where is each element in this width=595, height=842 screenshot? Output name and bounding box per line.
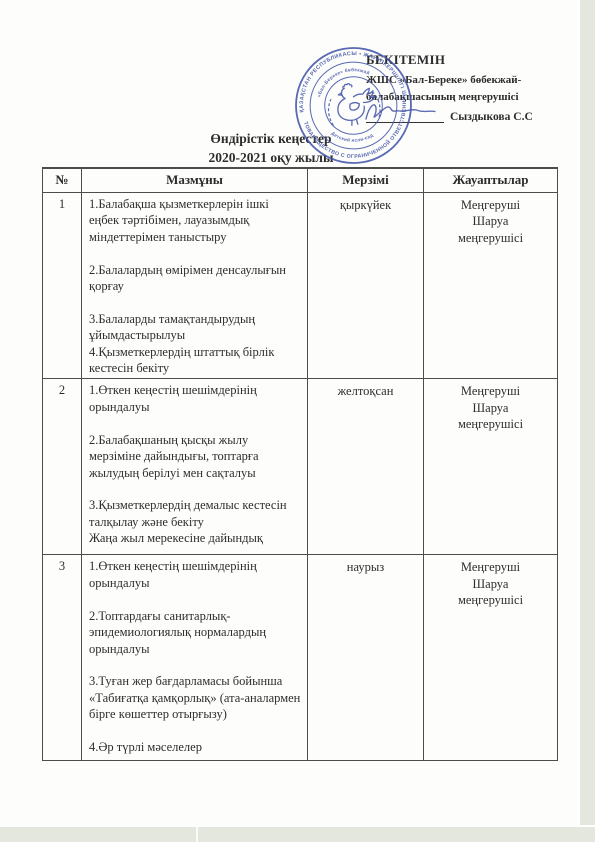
document-title-line2: 2020-2021 оқу жылы <box>0 149 542 168</box>
signer-name: Сыздыкова С.С <box>450 111 533 123</box>
table-row: 2 1.Өткен кеңестің шешімдерінің орындалу… <box>43 379 558 555</box>
row-number: 1 <box>43 193 82 379</box>
document-title-line1: Өндірістік кеңестер <box>0 130 542 149</box>
stamp-outer-ring <box>293 45 414 166</box>
table-row: 1 1.Балабақша қызметкерлерін ішкі еңбек … <box>43 193 558 379</box>
row-content: 1.Өткен кеңестің шешімдерінің орындалуы … <box>82 379 308 555</box>
row-term: қыркүйек <box>308 193 424 379</box>
row-content: 1.Өткен кеңестің шешімдерінің орындалуы … <box>82 555 308 761</box>
column-header-number: № <box>43 168 82 193</box>
row-number: 3 <box>43 555 82 761</box>
row-term: наурыз <box>308 555 424 761</box>
scan-edge-notch <box>196 825 198 842</box>
official-stamp: ҚАЗАҚСТАН РЕСПУБЛИКАСЫ • ЖАУАПКЕРШІЛІГІ … <box>293 45 414 166</box>
row-responsible: Меңгеруші Шаруа меңгерушісі <box>424 555 558 761</box>
column-header-responsible: Жауаптылар <box>424 168 558 193</box>
stamp-inner-ring <box>320 72 387 139</box>
row-responsible: Меңгеруші Шаруа меңгерушісі <box>424 193 558 379</box>
row-responsible: Меңгеруші Шаруа меңгерушісі <box>424 379 558 555</box>
stamp-inner-bottom-text: Детский ясли-сад <box>330 124 375 147</box>
document-title: Өндірістік кеңестер 2020-2021 оқу жылы <box>0 130 542 167</box>
column-header-content: Мазмұны <box>82 168 308 193</box>
scanned-document-page: БЕКІТЕМІН ЖШС «Бал-Береке» бөбекжай- бал… <box>0 0 595 842</box>
hen-icon <box>334 80 379 128</box>
production-meetings-table: № Мазмұны Мерзімі Жауаптылар 1 1.Балабақ… <box>42 167 558 761</box>
scan-edge-bottom <box>0 825 595 842</box>
column-header-term: Мерзімі <box>308 168 424 193</box>
stamp-outer-bottom-text: ТОВАРИЩЕСТВО С ОГРАНИЧЕННОЙ ОТВЕТСТВЕННО… <box>293 45 414 166</box>
table-row: 3 1.Өткен кеңестің шешімдерінің орындалу… <box>43 555 558 761</box>
row-content: 1.Балабақша қызметкерлерін ішкі еңбек тә… <box>82 193 308 379</box>
row-number: 2 <box>43 379 82 555</box>
row-term: желтоқсан <box>308 379 424 555</box>
table-header-row: № Мазмұны Мерзімі Жауаптылар <box>43 168 558 193</box>
